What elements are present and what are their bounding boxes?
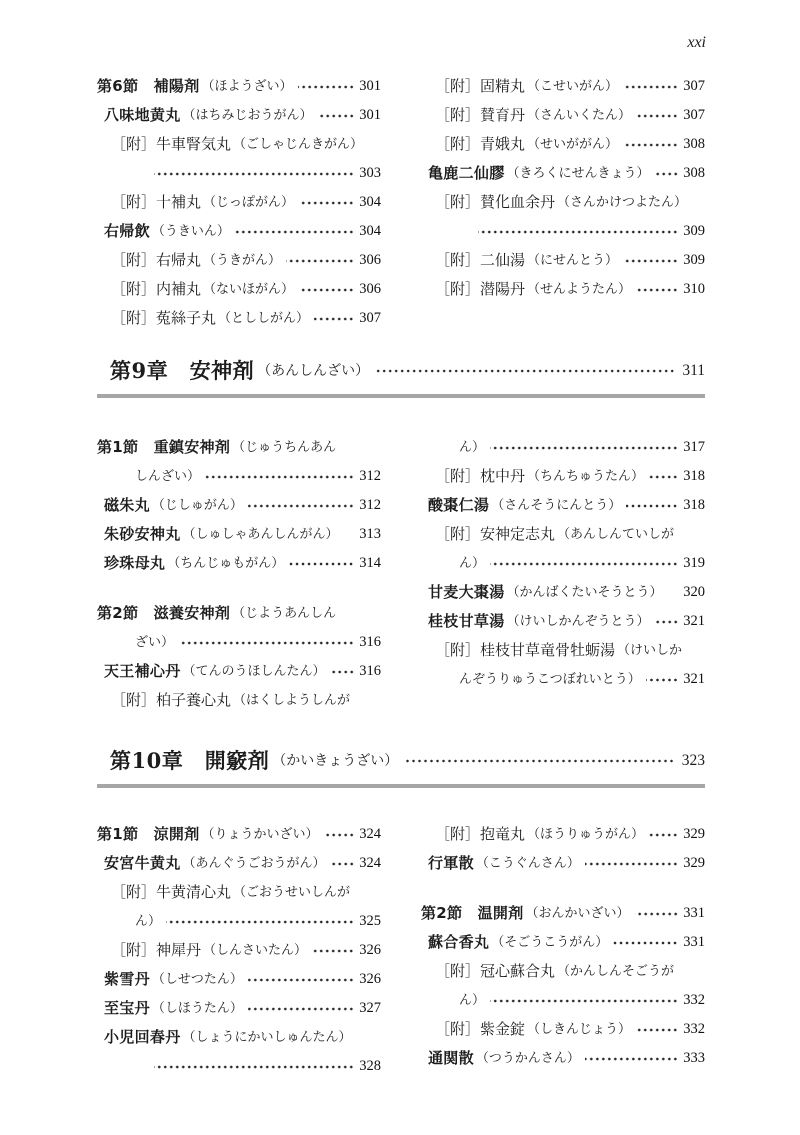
entry-reading: （とししがん） [216, 304, 309, 333]
entry-reading: （せんようたん） [525, 275, 631, 304]
dot-leader [636, 101, 678, 130]
toc-entry: 桂枝甘草湯（けいしかんぞうとう）321 [421, 607, 705, 636]
entry-page-number: 307 [680, 101, 705, 130]
dot-leader [286, 246, 354, 275]
toc-entry: ［附］二仙湯（にせんとう）309 [421, 246, 705, 275]
toc-column-right: ん）317［附］枕中丹（ちんちゅうたん）318酸棗仁湯（さんそうにんとう）318… [421, 433, 705, 715]
entry-reading: （はくしようしんが [231, 686, 350, 715]
entry-page-number: 306 [356, 246, 381, 275]
entry-title: 朱砂安神丸 [104, 520, 181, 549]
entry-title: ［附］紫金錠 [435, 1015, 525, 1044]
entry-title: 小児回春丹 [104, 1023, 181, 1052]
entry-page-number: 324 [356, 849, 381, 878]
chapter-reading: （かいきょうざい） [269, 745, 398, 777]
entry-title: ［附］菟絲子丸 [111, 304, 216, 333]
toc-entry: 天王補心丹（てんのうほしんたん）316 [97, 657, 381, 686]
entry-page-number: 329 [680, 849, 705, 878]
entry-title: 蘇合香丸 [428, 928, 489, 957]
dot-leader [318, 101, 355, 130]
toc-entry: ［附］右帰丸（うきがん）306 [97, 246, 381, 275]
chapter-rule [97, 784, 705, 788]
dot-leader [655, 607, 679, 636]
entry-title: ［附］内補丸 [111, 275, 201, 304]
entry-title: 桂枝甘草湯 [428, 607, 505, 636]
entry-reading: （あんぐうごおうがん） [181, 849, 326, 878]
entry-page-number: 316 [356, 657, 381, 686]
entry-reading: （しょうにかいしゅんたん） [181, 1023, 352, 1052]
toc-entry: ［附］潜陽丹（せんようたん）310 [421, 275, 705, 304]
entry-page-number: 316 [356, 628, 381, 657]
entry-reading: （ごしゃじんきがん） [231, 130, 363, 159]
dot-leader [375, 355, 675, 387]
entry-reading: （ちんじゅもがん） [165, 549, 284, 578]
entry-reading: （にせんとう） [525, 246, 618, 275]
entry-reading: （せいががん） [525, 130, 618, 159]
entry-page-number: 319 [680, 549, 705, 578]
dot-leader [289, 549, 354, 578]
toc-entry: んぞうりゅうこつぼれいとう）321 [421, 665, 705, 694]
entry-page-number: 314 [356, 549, 381, 578]
dot-leader [235, 217, 354, 246]
dot-leader [649, 820, 678, 849]
dot-leader [154, 159, 354, 188]
toc-column-right: ［附］固精丸（こせいがん）307［附］賛育丹（さんいくたん）307［附］青娥丸（… [421, 72, 705, 333]
dot-leader [585, 1044, 678, 1073]
dot-leader [646, 665, 679, 694]
chapter-page-number: 311 [678, 355, 705, 387]
toc-entry: 303 [97, 159, 381, 188]
dot-leader [248, 965, 354, 994]
toc-entry: 通関散（つうかんさん）333 [421, 1044, 705, 1073]
toc-entry: 328 [97, 1052, 381, 1081]
dot-leader [649, 462, 678, 491]
toc-entry: ［附］枕中丹（ちんちゅうたん）318 [421, 462, 705, 491]
entry-page-number: 309 [680, 246, 705, 275]
dot-leader [248, 994, 354, 1023]
entry-page-number: 301 [356, 101, 381, 130]
entry-page-number: 304 [356, 217, 381, 246]
dot-leader [636, 1015, 678, 1044]
dot-leader [490, 549, 678, 578]
toc-entry: ［附］紫金錠（しきんじょう）332 [421, 1015, 705, 1044]
entry-reading: （きろくにせんきょう） [505, 159, 650, 188]
toc-entry: 第1節 涼開剤（りょうかいざい）324 [97, 820, 381, 849]
dot-leader [404, 745, 675, 777]
entry-page-number: 304 [356, 188, 381, 217]
entry-reading: （しほうたん） [150, 994, 243, 1023]
chapter-reading: （あんしんざい） [254, 355, 369, 387]
entry-title: 安宮牛黄丸 [104, 849, 181, 878]
entry-reading: （おんかいざい） [524, 899, 630, 928]
entry-continuation-text: んぞうりゅうこつぼれいとう） [457, 665, 641, 694]
toc-entry: ［附］桂枝甘草竜骨牡蛎湯（けいしか [421, 636, 705, 665]
entry-reading: （さんいくたん） [525, 101, 631, 130]
toc-columns-ch10: 第1節 涼開剤（りょうかいざい）324安宮牛黄丸（あんぐうごおうがん）324［附… [97, 820, 705, 1081]
toc-entry: 小児回春丹（しょうにかいしゅんたん） [97, 1023, 381, 1052]
toc-entry: しんざい）312 [97, 462, 381, 491]
chapter-heading-block: 第9章 安神剤（あんしんざい）311 [97, 355, 705, 398]
entry-page-number: 307 [356, 304, 381, 333]
toc-entry: ［附］内補丸（ないほがん）306 [97, 275, 381, 304]
toc-entry: ［附］固精丸（こせいがん）307 [421, 72, 705, 101]
entry-reading: （うきがん） [201, 246, 281, 275]
dot-leader [205, 462, 354, 491]
entry-page-number: 312 [356, 491, 381, 520]
entry-title: 第1節 涼開剤 [97, 820, 200, 849]
dot-leader [626, 491, 678, 520]
toc-entry: 第2節 滋養安神剤（じようあんしん [97, 599, 381, 628]
entry-page-number: 324 [356, 820, 381, 849]
entry-title: 甘麦大棗湯 [428, 578, 505, 607]
entry-reading: （ごおうせいしんが [231, 878, 350, 907]
toc-column-right: ［附］抱竜丸（ほうりゅうがん）329行軍散（こうぐんさん）329第2節 温開剤（… [421, 820, 705, 1081]
entry-reading: （じしゅがん） [150, 491, 243, 520]
entry-page-number: 331 [680, 928, 705, 957]
entry-reading: （けいしか [615, 636, 682, 665]
entry-title: 第2節 温開剤 [421, 899, 524, 928]
entry-reading: （しきんじょう） [525, 1015, 631, 1044]
toc-entry: 珍珠母丸（ちんじゅもがん）314 [97, 549, 381, 578]
entry-reading: （ないほがん） [201, 275, 294, 304]
entry-reading: （てんのうほしんたん） [181, 657, 326, 686]
toc-entry: ［附］牛黄清心丸（ごおうせいしんが [97, 878, 381, 907]
entry-title: ［附］神犀丹 [111, 936, 201, 965]
dot-leader [314, 304, 354, 333]
toc-entry: 紫雪丹（しせつたん）326 [97, 965, 381, 994]
toc-entry: ［附］青娥丸（せいががん）308 [421, 130, 705, 159]
entry-reading: （かんしんそごうが [555, 957, 674, 986]
dot-leader [299, 188, 354, 217]
toc-entry: ［附］神犀丹（しんさいたん）326 [97, 936, 381, 965]
entry-title: ［附］冠心蘇合丸 [435, 957, 555, 986]
dot-leader [248, 491, 354, 520]
entry-page-number: 309 [680, 217, 705, 246]
dot-leader [623, 130, 678, 159]
toc-column-left: 第1節 重鎮安神剤（じゅうちんあんしんざい）312磁朱丸（じしゅがん）312朱砂… [97, 433, 381, 715]
entry-title: ［附］安神定志丸 [435, 520, 555, 549]
entry-page-number: 318 [680, 491, 705, 520]
toc-entry: 第2節 温開剤（おんかいざい）331 [421, 899, 705, 928]
dot-leader [179, 628, 354, 657]
entry-title: ［附］固精丸 [435, 72, 525, 101]
entry-page-number: 332 [680, 986, 705, 1015]
toc-entry: ん）317 [421, 433, 705, 462]
entry-title: ［附］右帰丸 [111, 246, 201, 275]
dot-leader [635, 899, 679, 928]
toc-entry: 至宝丹（しほうたん）327 [97, 994, 381, 1023]
toc-entry: ［附］十補丸（じっぽがん）304 [97, 188, 381, 217]
entry-page-number: 328 [356, 1052, 381, 1081]
entry-title: ［附］二仙湯 [435, 246, 525, 275]
toc-column-left: 第6節 補陽剤（ほようざい）301八味地黄丸（はちみじおうがん）301［附］牛車… [97, 72, 381, 333]
entry-title: 天王補心丹 [104, 657, 181, 686]
toc-entry: ざい）316 [97, 628, 381, 657]
dot-leader [636, 275, 678, 304]
entry-title: ［附］抱竜丸 [435, 820, 525, 849]
entry-page-number: 301 [356, 72, 381, 101]
entry-reading: （じゅうちんあん [230, 433, 336, 462]
entry-page-number: 333 [680, 1044, 705, 1073]
entry-reading: （かんばくたいそうとう） [505, 578, 663, 607]
entry-reading: （しんさいたん） [201, 936, 307, 965]
entry-page-number: 317 [680, 433, 705, 462]
entry-page-number: 327 [356, 994, 381, 1023]
entry-title: ［附］桂枝甘草竜骨牡蛎湯 [435, 636, 615, 665]
toc-entry: 磁朱丸（じしゅがん）312 [97, 491, 381, 520]
entry-title: 右帰飲 [104, 217, 150, 246]
entry-reading: （ちんちゅうたん） [525, 462, 644, 491]
entry-title: ［附］柏子養心丸 [111, 686, 231, 715]
entry-title: ［附］青娥丸 [435, 130, 525, 159]
entry-title: ［附］潜陽丹 [435, 275, 525, 304]
dot-leader [154, 1052, 354, 1081]
toc-entry: 酸棗仁湯（さんそうにんとう）318 [421, 491, 705, 520]
dot-leader [324, 820, 355, 849]
entry-reading: （ほようざい） [200, 72, 293, 101]
entry-page-number: 321 [680, 665, 705, 694]
entry-page-number: 313 [356, 520, 381, 549]
entry-title: 第6節 補陽剤 [97, 72, 200, 101]
entry-continuation-text: ん） [457, 433, 485, 462]
dot-leader [298, 72, 355, 101]
chapter-title: 第10章 開竅剤 [110, 745, 269, 777]
toc-entry: 第6節 補陽剤（ほようざい）301 [97, 72, 381, 101]
entry-title: 第2節 滋養安神剤 [97, 599, 230, 628]
entry-page-number: 312 [356, 462, 381, 491]
entry-page-number: 326 [356, 936, 381, 965]
dot-leader [331, 657, 355, 686]
entry-page-number: 308 [680, 159, 705, 188]
entry-title: 第1節 重鎮安神剤 [97, 433, 230, 462]
entry-page-number: 310 [680, 275, 705, 304]
chapter-rule [97, 394, 705, 398]
toc-entry: 亀鹿二仙膠（きろくにせんきょう）308 [421, 159, 705, 188]
toc-entry: ［附］賛化血余丹（さんかけつよたん） [421, 188, 705, 217]
dot-leader [478, 217, 678, 246]
toc-entry: ［附］柏子養心丸（はくしようしんが [97, 686, 381, 715]
toc-entry: 安宮牛黄丸（あんぐうごおうがん）324 [97, 849, 381, 878]
entry-reading: （あんしんていしが [555, 520, 674, 549]
entry-title: ［附］賛育丹 [435, 101, 525, 130]
chapter-heading: 第10章 開竅剤（かいきょうざい）323 [97, 745, 705, 777]
dot-leader [585, 849, 678, 878]
entry-continuation-text: しんざい） [133, 462, 200, 491]
toc-entry: 甘麦大棗湯（かんばくたいそうとう）320 [421, 578, 705, 607]
toc-entry: 右帰飲（うきいん）304 [97, 217, 381, 246]
entry-title: 酸棗仁湯 [428, 491, 489, 520]
entry-reading: （こせいがん） [525, 72, 618, 101]
entry-title: 至宝丹 [104, 994, 150, 1023]
dot-leader [299, 275, 354, 304]
chapter-title: 第9章 安神剤 [110, 355, 254, 387]
dot-leader [623, 72, 678, 101]
entry-title: ［附］牛黄清心丸 [111, 878, 231, 907]
toc-columns-ch9: 第1節 重鎮安神剤（じゅうちんあんしんざい）312磁朱丸（じしゅがん）312朱砂… [97, 433, 705, 715]
entry-reading: （ほうりゅうがん） [525, 820, 644, 849]
chapter-heading: 第9章 安神剤（あんしんざい）311 [97, 355, 705, 387]
dot-leader [623, 246, 678, 275]
entry-page-number: 303 [356, 159, 381, 188]
toc-entry: 朱砂安神丸（しゅしゃあんしんがん）313 [97, 520, 381, 549]
entry-title: 亀鹿二仙膠 [428, 159, 505, 188]
toc-entry: 行軍散（こうぐんさん）329 [421, 849, 705, 878]
toc-entry: ［附］抱竜丸（ほうりゅうがん）329 [421, 820, 705, 849]
entry-reading: （けいしかんぞうとう） [505, 607, 650, 636]
dot-leader [655, 159, 679, 188]
entry-reading: （じようあんしん [230, 599, 336, 628]
toc-entry: ［附］賛育丹（さんいくたん）307 [421, 101, 705, 130]
entry-page-number: 318 [680, 462, 705, 491]
chapter-heading-block: 第10章 開竅剤（かいきょうざい）323 [97, 745, 705, 788]
toc-entry: 309 [421, 217, 705, 246]
toc-entry: ［附］冠心蘇合丸（かんしんそごうが [421, 957, 705, 986]
toc-entry: 蘇合香丸（そごうこうがん）331 [421, 928, 705, 957]
entry-page-number: 329 [680, 820, 705, 849]
entry-page-number: 331 [680, 899, 705, 928]
entry-reading: （りょうかいざい） [200, 820, 319, 849]
toc-column-left: 第1節 涼開剤（りょうかいざい）324安宮牛黄丸（あんぐうごおうがん）324［附… [97, 820, 381, 1081]
entry-title: 八味地黄丸 [104, 101, 181, 130]
entry-reading: （はちみじおうがん） [181, 101, 313, 130]
dot-leader [490, 986, 678, 1015]
dot-leader [312, 936, 354, 965]
entry-title: ［附］枕中丹 [435, 462, 525, 491]
entry-reading: （じっぽがん） [201, 188, 294, 217]
entry-page-number: 326 [356, 965, 381, 994]
toc-entry: ん）319 [421, 549, 705, 578]
entry-title: ［附］賛化血余丹 [435, 188, 555, 217]
dot-leader [490, 433, 678, 462]
entry-page-number: 325 [356, 907, 381, 936]
entry-reading: （うきいん） [150, 217, 230, 246]
entry-page-number: 308 [680, 130, 705, 159]
entry-title: 通関散 [428, 1044, 474, 1073]
entry-page-number: 307 [680, 72, 705, 101]
chapter-page-number: 323 [678, 745, 705, 777]
entry-reading: （しゅしゃあんしんがん） [181, 520, 339, 549]
entry-page-number: 306 [356, 275, 381, 304]
entry-continuation-text: ん） [457, 549, 485, 578]
entry-reading: （さんそうにんとう） [489, 491, 621, 520]
entry-reading: （さんかけつよたん） [555, 188, 687, 217]
entry-title: ［附］十補丸 [111, 188, 201, 217]
toc-entry: ［附］牛車腎気丸（ごしゃじんきがん） [97, 130, 381, 159]
toc-entry: ［附］安神定志丸（あんしんていしが [421, 520, 705, 549]
dot-leader [613, 928, 678, 957]
entry-page-number: 332 [680, 1015, 705, 1044]
toc-entry: ん）325 [97, 907, 381, 936]
dot-leader [166, 907, 354, 936]
entry-continuation-text: ざい） [133, 628, 174, 657]
entry-reading: （こうぐんさん） [474, 849, 580, 878]
entry-continuation-text: ん） [133, 907, 161, 936]
entry-reading: （そごうこうがん） [489, 928, 608, 957]
entry-title: 珍珠母丸 [104, 549, 165, 578]
entry-page-number: 320 [680, 578, 705, 607]
entry-title: 行軍散 [428, 849, 474, 878]
entry-reading: （しせつたん） [150, 965, 243, 994]
entry-reading: （つうかんさん） [474, 1044, 580, 1073]
toc-entry: 第1節 重鎮安神剤（じゅうちんあん [97, 433, 381, 462]
entry-page-number: 321 [680, 607, 705, 636]
entry-continuation-text: ん） [457, 986, 485, 1015]
toc-entry: 八味地黄丸（はちみじおうがん）301 [97, 101, 381, 130]
dot-leader [331, 849, 355, 878]
toc-columns-ch8-tail: 第6節 補陽剤（ほようざい）301八味地黄丸（はちみじおうがん）301［附］牛車… [97, 72, 705, 333]
toc-entry: ［附］菟絲子丸（とししがん）307 [97, 304, 381, 333]
entry-title: ［附］牛車腎気丸 [111, 130, 231, 159]
entry-title: 紫雪丹 [104, 965, 150, 994]
entry-title: 磁朱丸 [104, 491, 150, 520]
toc-content: 第6節 補陽剤（ほようざい）301八味地黄丸（はちみじおうがん）301［附］牛車… [97, 0, 705, 1081]
toc-entry: ん）332 [421, 986, 705, 1015]
